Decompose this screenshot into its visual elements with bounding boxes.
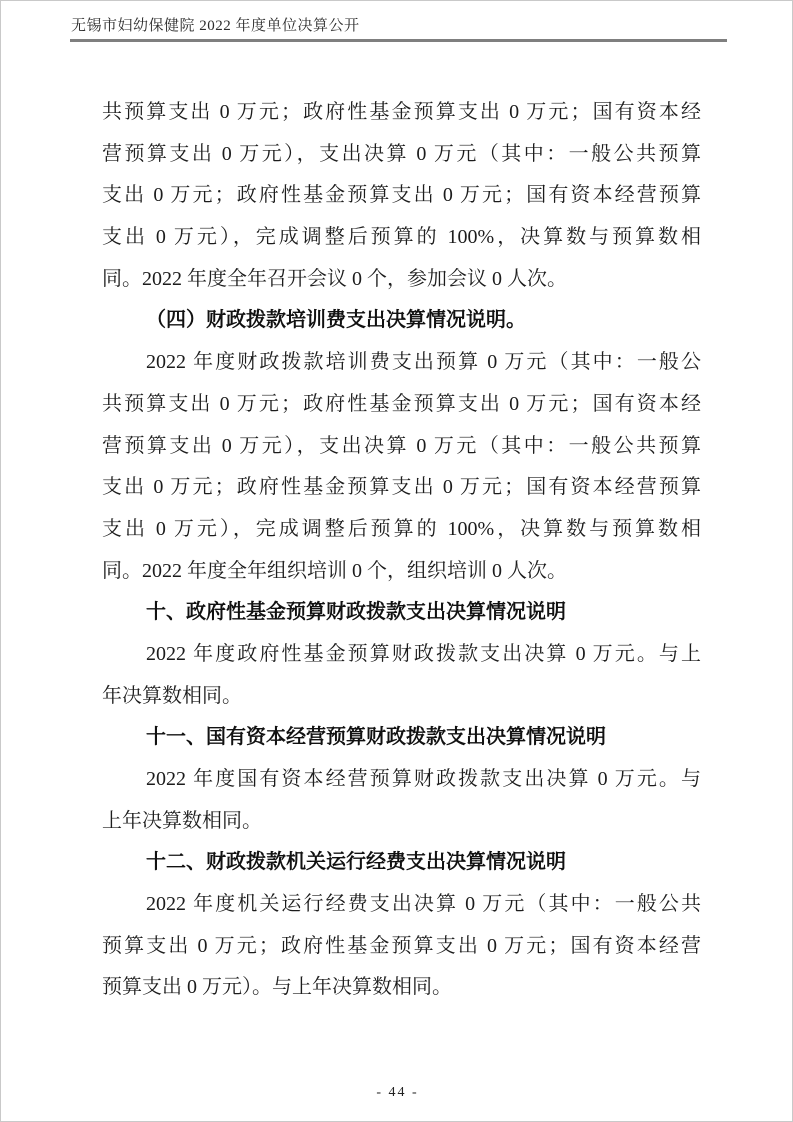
text-line: 共预算支出 0 万元；政府性基金预算支出 0 万元；国有资本经 — [102, 92, 701, 134]
text-line: 2022 年度财政拨款培训费支出预算 0 万元（其中：一般公 — [102, 342, 701, 384]
text-line: 预算支出 0 万元）。与上年决算数相同。 — [102, 967, 701, 1009]
header-divider-rule — [70, 39, 727, 42]
text-line: 共预算支出 0 万元；政府性基金预算支出 0 万元；国有资本经 — [102, 384, 701, 426]
page-header-title: 无锡市妇幼保健院 2022 年度单位决算公开 — [71, 16, 731, 36]
heading-section-12: 十二、财政拨款机关运行经费支出决算情况说明 — [102, 842, 701, 884]
document-body: 共预算支出 0 万元；政府性基金预算支出 0 万元；国有资本经 营预算支出 0 … — [102, 92, 701, 1009]
text-line: 同。2022 年度全年组织培训 0 个，组织培训 0 人次。 — [102, 551, 701, 593]
text-line: 支出 0 万元），完成调整后预算的 100%，决算数与预算数相 — [102, 217, 701, 259]
text-line: 年决算数相同。 — [102, 676, 701, 718]
text-line: 2022 年度国有资本经营预算财政拨款支出决算 0 万元。与 — [102, 759, 701, 801]
page-number: - 44 - — [1, 1083, 793, 1103]
text-line: 预算支出 0 万元；政府性基金预算支出 0 万元；国有资本经营 — [102, 926, 701, 968]
text-line: 支出 0 万元；政府性基金预算支出 0 万元；国有资本经营预算 — [102, 467, 701, 509]
text-line: 营预算支出 0 万元），支出决算 0 万元（其中：一般公共预算 — [102, 134, 701, 176]
text-line: 2022 年度机关运行经费支出决算 0 万元（其中：一般公共 — [102, 884, 701, 926]
text-line: 上年决算数相同。 — [102, 801, 701, 843]
heading-section-4: （四）财政拨款培训费支出决算情况说明。 — [102, 300, 701, 342]
text-line: 营预算支出 0 万元），支出决算 0 万元（其中：一般公共预算 — [102, 426, 701, 468]
heading-section-11: 十一、国有资本经营预算财政拨款支出决算情况说明 — [102, 717, 701, 759]
text-line: 支出 0 万元；政府性基金预算支出 0 万元；国有资本经营预算 — [102, 175, 701, 217]
text-line: 同。2022 年度全年召开会议 0 个，参加会议 0 人次。 — [102, 259, 701, 301]
text-line: 支出 0 万元），完成调整后预算的 100%，决算数与预算数相 — [102, 509, 701, 551]
document-page: { "page": { "header": { "title": "无锡市妇幼保… — [0, 0, 793, 1122]
text-line: 2022 年度政府性基金预算财政拨款支出决算 0 万元。与上 — [102, 634, 701, 676]
heading-section-10: 十、政府性基金预算财政拨款支出决算情况说明 — [102, 592, 701, 634]
